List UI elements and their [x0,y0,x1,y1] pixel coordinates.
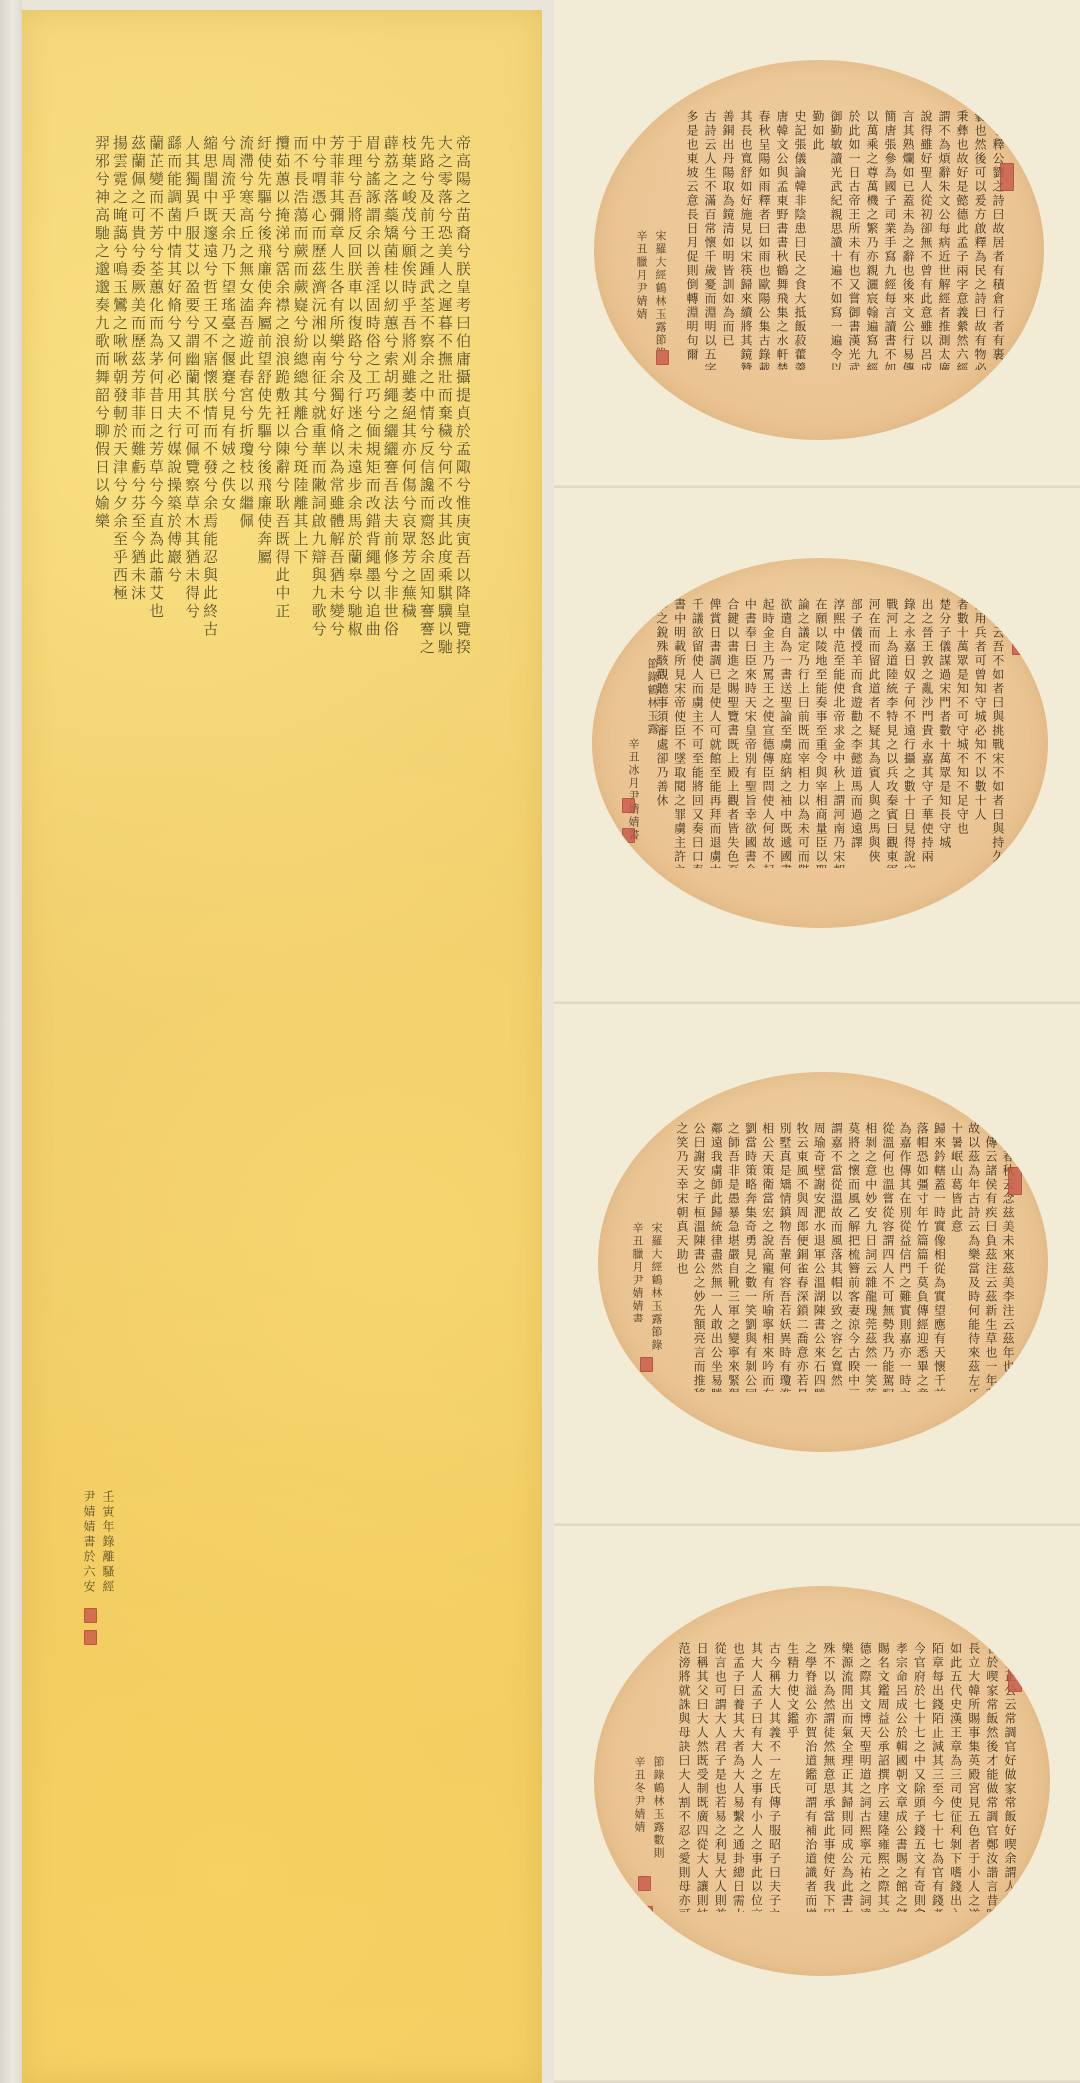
colophon-line: 壬寅年錄離騷經 [99,1490,114,1660]
text-column: 謂不為煩辭朱文公每病近世解經者推測太廣議論太 [936,110,950,370]
text-column: 十暑岷山葛皆此意 [949,1122,963,1392]
seal-icon [1008,1167,1022,1195]
text-column: 大之零落兮恐美人之遲暮不撫壯而棄穢兮何不改其此度乘騏驥以馳 [435,135,452,1915]
fan-signature: 節錄鶴林玉露數則 辛丑冬尹婧婧 [632,1756,664,1886]
text-column: 日稱其父曰大人然既受制既廣四從大人讓則妹父亦可稱大人 [694,1642,708,1912]
seal-icon [640,1357,653,1372]
text-column: 落帽恐如彊寸年竹篇篇千莫負傳經迎悉畢之意陶淵明嘉之為 [914,1122,928,1392]
text-column: 枝葉之峻茂兮願俟時乎吾將刈雖萎絕其亦何傷兮哀眾芳之蕪穢 [399,135,416,1915]
text-column: 茲蘭佩之可貴兮委厥美而歷茲芳菲菲而難虧兮芬至今猶未沬 [128,135,145,1915]
text-column: 生精力使文鑑乎 [785,1642,799,1912]
fan-body-text: 孟子釋公劉之詩曰故居者有積倉行者有裹 囊也然後可以爰方啟釋為民之詩曰故有物必有則… [684,110,1004,380]
text-column: 善銅出丹陽取為鏡清如明皆訓如為而已 [720,110,734,370]
text-column: 帝高陽之苗裔兮朕皇考曰伯庸攝提貞於孟陬兮惟庚寅吾以降皇覽揆 [453,135,470,1915]
text-column: 中兮喟憑心而歷茲濟沅湘以南征兮就重華而敶詞啟九辯與九歌兮 [309,135,326,1915]
signature-line: 辛丑冬尹婧婧 [632,1756,645,1846]
signature-line: 宋羅大經鶴林玉露節錄 [649,1222,662,1352]
round-fan-leaf: 張儀云吾不如者曰與挑戰宋不如者曰與持久 諸用兵者可曾知守城必知不以數十人 者數十… [592,558,1048,928]
seal-icon [1000,163,1014,191]
text-column: 中書奉曰臣來時天宋皇帝別有聖旨幸欲國書令臣面奏 [742,598,756,868]
seal-icon [84,1630,97,1645]
text-column: 諸用兵者可曾知守城必知不以數十人 [972,598,986,868]
text-column: 先路兮及前王之踵武荃不察余之中情兮反信讒而齌怒余固知謇謇之 [417,135,434,1915]
seal-icon [84,1608,97,1623]
signature-line: 宋羅大經鶴林玉露節錄 [653,230,666,350]
text-column: 從言也可謂大人君子是也若易之利見大人則兼德位而言之今人 [712,1642,726,1912]
text-column: 勤如此 [810,110,824,370]
text-column: 唐韓文公與孟東野書書秋鶴舞飛集之水軒楚山直索 [774,110,788,370]
text-column: 御勤敏讀光武紀親思讀十遍不如寫一遍令以賜卿聖學之 [828,110,842,370]
text-column: 孝宗命呂成公於輯國朝文章成公書賜之館之儲為年成編 [893,1642,907,1912]
text-column: 薜荔之落蘂矯菌桂以紉蕙兮索胡繩之纚纚謇吾法夫前修兮非世俗 [381,135,398,1915]
text-column: 今官府於七十七之中又除頭子錢五文有奇則愈剝於章矣 [911,1642,925,1912]
text-column: 論之議定乃行上曰前既而宰相力以為未可而陛下 [795,598,809,868]
fan-panel-1: 孟子釋公劉之詩曰故居者有積倉行者有裹 囊也然後可以爰方啟釋為民之詩曰故有物必有則… [548,0,1080,488]
text-column: 殊不以為然謂徒然無意思承當此事使好我下因以發明人主 [821,1642,835,1912]
text-column: 如此五代史漢王章為三司使征利剝下嗜錢出入元以八十為 [948,1642,962,1912]
text-column: 秉彝也故好是懿德此孟子兩字意義縈然六經古註本 [954,110,968,370]
fan-body-text: 呂氏春秋云念兹美未來茲美李注云茲年也公 羊傳云諸侯有疾曰負茲注云茲新生草也一年草… [674,1122,1014,1412]
text-column: 呂氏春秋云念兹美未來茲美李注云茲年也公 [1000,1122,1014,1392]
text-column: 錄之永嘉日奴子何不遠行攝之數十日見得說守 [901,598,915,868]
text-column: 羊傳云諸侯有疾曰負茲注云茲新生草也一年草生一番 [983,1122,997,1392]
seal-icon [1012,643,1025,655]
signature-line: 節錄鶴林玉露數則 [651,1756,664,1866]
round-fan-leaf: 范文正公云常調官好做家常飯好喫余謂人能 甘於喫家常飯然後才能做常調官鄭汝諧言昔時… [594,1586,1050,1976]
text-column: 書中明載所見宋帝使臣不墜取閱之罪虜主許之報書云 [672,598,686,868]
text-column: 說得雖好聖人從初卻無不曾有此意雖以呂成公之書解 [918,110,932,370]
text-column: 戰河上為道陸統李特見之以兵攻秦賓曰觀東軍士送軍 [884,598,898,868]
text-column: 之學脊溢公亦賀治道鑑可謂有補治道識者而增其格書之 [803,1642,817,1912]
text-column: 紆使先驅兮後飛廉使奔屬前望舒使先驅兮後飛廉使奔屬 [254,135,271,1915]
text-column: 縮思閨中既邃遠兮哲王又不寤懷朕情而不發兮余焉能忍與此終古 [200,135,217,1915]
text-column: 賜名文鑑周益公承詔撰序云建隆雍熙之際其文偉成平景 [875,1642,889,1912]
text-column: 于理兮吾將反回朕車以復路兮及行迷之未遠步余馬於蘭皋兮馳椒 [345,135,362,1915]
text-column: 古今稱大人其義不一左氏傳子服昭子曰夫子之言是說而後夜 [767,1642,781,1912]
text-column: 張儀云吾不如者曰與挑戰宋不如者曰與持久 [990,598,1004,868]
text-column: 欲遣自為一書送聖論至虜庭納之袖中既遞國書伏地不 [778,598,792,868]
text-column: 起時金主乃罵王之使宣德傳臣問使人何故不起至能徐曰 [760,598,774,868]
text-column: 陌章每出錢陌止減其三至今七十七為官有錢者自章始然 [930,1642,944,1912]
seal-icon [638,1876,651,1891]
scroll-text-block: 帝高陽之苗裔兮朕皇考曰伯庸攝提貞於孟陬兮惟庚寅吾以降皇覽揆 大之零落兮恐美人之遲… [92,135,470,1915]
fan-body-text: 范文正公云常調官好做家常飯好喫余謂人能 甘於喫家常飯然後才能做常調官鄭汝諧言昔時… [676,1642,1016,1932]
text-column: 孟子釋公劉之詩曰故居者有積倉行者有裹 [990,110,1004,370]
text-column: 者數十萬眾是知不可守城不知不足守也 [954,598,968,868]
text-column: 周瑜奇壁謝安淝水退軍公溫湖陳書公來石四勝大略相似杜 [811,1122,825,1392]
text-column: 甘於喫家常飯然後才能做常調官鄭汝諧言昔時汝堂門皆 [984,1642,998,1912]
text-column: 攬茹蕙以掩涕兮霑余襟之浪浪跪敷衽以陳辭兮耿吾既得此中正 [272,135,289,1915]
signature-line: 節錄鶴林玉露 [645,658,658,738]
fan-panel-3: 呂氏春秋云念兹美未來茲美李注云茲年也公 羊傳云諸侯有疾曰負茲注云茲新生草也一年草… [548,1004,1080,1526]
text-column: 為嘉作傳其在別從益信門之難實則嘉亦一時之望乃方 [897,1122,911,1392]
text-column: 流滯兮寒高丘之無女溘吾遊此春宮兮折瓊枝以繼佩 [236,135,253,1915]
text-column: 囊也然後可以爰方啟釋為民之詩曰故有物必有則民之 [972,110,986,370]
text-column: 別墅真是矯情鎮物吾輩何容吾若妖異時有瓊淮湖之經事者有 [777,1122,791,1392]
seal-icon [1008,1664,1022,1692]
signature-line: 辛丑臘月尹婧婧書 [630,1222,643,1322]
text-column: 史記張儀論韓非陰患曰民之食大抵飯菽藿羹此則 [792,110,806,370]
text-column: 公曰謝安之子桓溫陳書公之妙先額亮言而推移他此爾安 [691,1122,705,1392]
text-column: 千議欲留使人而虜主不可至能將回又奏曰口奏之事可於國 [689,598,703,868]
text-column: 人其獨異戶服艾以盈要兮謂幽蘭其不可佩覽察草木其猶未得兮 [182,135,199,1915]
text-column: 芳菲菲其彌章人生各有所樂兮余獨好脩以為常雖體解吾猶未變兮 [327,135,344,1915]
seal-icon [640,1906,653,1921]
gold-calligraphy-scroll: 帝高陽之苗裔兮朕皇考曰伯庸攝提貞於孟陬兮惟庚寅吾以降皇覽揆 大之零落兮恐美人之遲… [0,0,548,2083]
fan-panel-4: 范文正公云常調官好做家常飯好喫余謂人能 甘於喫家常飯然後才能做常調官鄭汝諧言昔時… [548,1526,1080,2083]
text-column: 部子儀授羊而食遊勸之李懿道馬而過遠譯 [848,598,862,868]
text-column: 以萬乘之尊萬機之繁乃亦親灑宸翰遍寫九經實本 [864,110,878,370]
text-column: 謂嘉不當從溫故而風落其帽以致之容乞寬然 [828,1122,842,1392]
seal-icon [622,798,635,813]
text-column: 言其熟爛如已蓋未為之辭也後來文公行易傳許傳其辭 [900,110,914,370]
text-column: 樂源流閒出而氣全理正其歸則同成公為此書本文公張宣公 [839,1642,853,1912]
round-fan-leaf: 呂氏春秋云念兹美未來茲美李注云茲年也公 羊傳云諸侯有疾曰負茲注云茲新生草也一年草… [598,1072,1048,1452]
scroll-mount-edge [0,0,22,2083]
text-column: 也孟子曰養其大者為大人易繫之通卦總日需大人不能此以德 [730,1642,744,1912]
signature-line: 辛丑臘月尹婧婧書 [634,230,647,320]
text-column: 淳熙中范至能使北帝求金中秋上謂河南乃宋朝陵寢所 [831,598,845,868]
text-column: 俾賞日書調已是使人可就館至能再拜而退虜中嘉其抗 [707,598,721,868]
seal-icon [622,828,635,843]
text-column: 古詩云人生不滿百常懷千歲憂而淵明以五字盡之曰世短意常 [702,110,716,370]
text-column: 多是也東坡云意長日月促則倒轉淵明句爾 [684,110,698,370]
scroll-colophon: 壬寅年錄離騷經 尹婧婧書於六安 [78,1490,114,1690]
text-column: 眉兮謠諑謂余以善淫固時俗之工巧兮偭規矩而改錯背繩墨以追曲 [363,135,380,1915]
text-column: 合鍵以書進之賜聖覽書既上殿上觀者皆失色至能猶伏地再 [725,598,739,868]
text-column: 春秋呈陽如雨釋者曰如雨也歐陽公集古錄載後漢郎 [756,110,770,370]
text-column: 楚分子儀謀過宋門者數十萬眾是知長守城 [937,598,951,868]
text-column: 於此如一日古帝王所未有也又嘗御書漢光武紀賜親 [846,110,860,370]
text-column: 而不長浩蕩而蕨而蕨嶷兮紛總總其離合兮斑陸離其上下 [291,135,308,1915]
text-column: 之笑乃天幸宋朝真天助也 [674,1122,688,1392]
text-column: 牧云東風不與周郎便銅雀春深鎖二喬意亦若是謝安圍棋 [794,1122,808,1392]
text-column: 其大人孟子曰有大人之事有小人之事此以位言也可謂王公大人者 [748,1642,762,1912]
fan-panel-2: 張儀云吾不如者曰與挑戰宋不如者曰與持久 諸用兵者可曾知守城必知不以數十人 者數十… [548,488,1080,1004]
text-column: 繇而能調菌中情其好脩兮又何必用夫行媒說操築於傅巖兮 [164,135,181,1915]
text-column: 故以茲為年古詩云為樂當及時何能待來茲左氏傳杜詩 [966,1122,980,1392]
fan-body-text: 張儀云吾不如者曰與挑戰宋不如者曰與持久 諸用兵者可曾知守城必知不以數十人 者數十… [654,598,1004,898]
text-column: 簡唐張參為國子司業手寫九經每言讀書不如寫書高宗 [882,110,896,370]
text-column: 出之晉王敦之亂沙門貴永嘉其守子華使持兩 [919,598,933,868]
text-column: 蘭芷變而不芳兮荃蕙化而為茅何昔日之芳草兮今直為此蕭艾也 [146,135,163,1915]
text-column: 之師吾非是愚暴急堪嚴自靴三軍之變寧來緊狠是時懸 [725,1122,739,1392]
seal-icon [656,350,669,365]
text-column: 兮周流乎天余乃下望瑤臺之偃蹇兮見有娀之佚女 [218,135,235,1915]
text-column: 范滂將就誅與母訣曰大人割不忍之愛則母亦可稱大人 [676,1642,690,1912]
text-column: 鄰遠我虜師此歸統律盡然無一人敢出公坐易勝之師寧未必 [708,1122,722,1392]
text-column: 其長也寬舒如好施見以宋筷歸來續將其鏡贊有銘 [738,110,752,370]
text-column: 從溫何也溫嘗從容謂四人不可無勢我乃能駕馭卿亦須有 [880,1122,894,1392]
text-column: 莫將之懷而風乙解把梳簪前客妻涼今古睽中三而遂雕意 [846,1122,860,1392]
text-column: 相剝之意中妙安九日詞云雜龍瑰莞茲然一笑落帽參軍華髮 [863,1122,877,1392]
text-column: 在願以陵地至能奏事至重令與宰相商量臣以聖意 [813,598,827,868]
text-column: 河在而而留此道者不疑其為賓人與之馬與俠 [866,598,880,868]
text-column: 德之際其文博天聖明道之詞古熙寧元祐之詞達雄麗制王 [857,1642,871,1912]
text-column: 歸來鈐轄蓋一時實像相從為實望應有天懷千前者孟嘉 [931,1122,945,1392]
round-fan-leaf: 孟子釋公劉之詩曰故居者有積倉行者有裹 囊也然後可以爰方啟釋為民之詩曰故有物必有則… [594,60,1044,440]
text-column: 長立大韓所賜事集英殿宮見五色者于小人之道天崇晦之 [966,1642,980,1912]
text-column: 相公天策衛當宏之說高寵有所喻寧相來吟而有詩之說 [760,1122,774,1392]
text-column: 劉當時策略奔集奇勇見之數一笑劉與有剝公同意與杜牧同笑否 [743,1122,757,1392]
